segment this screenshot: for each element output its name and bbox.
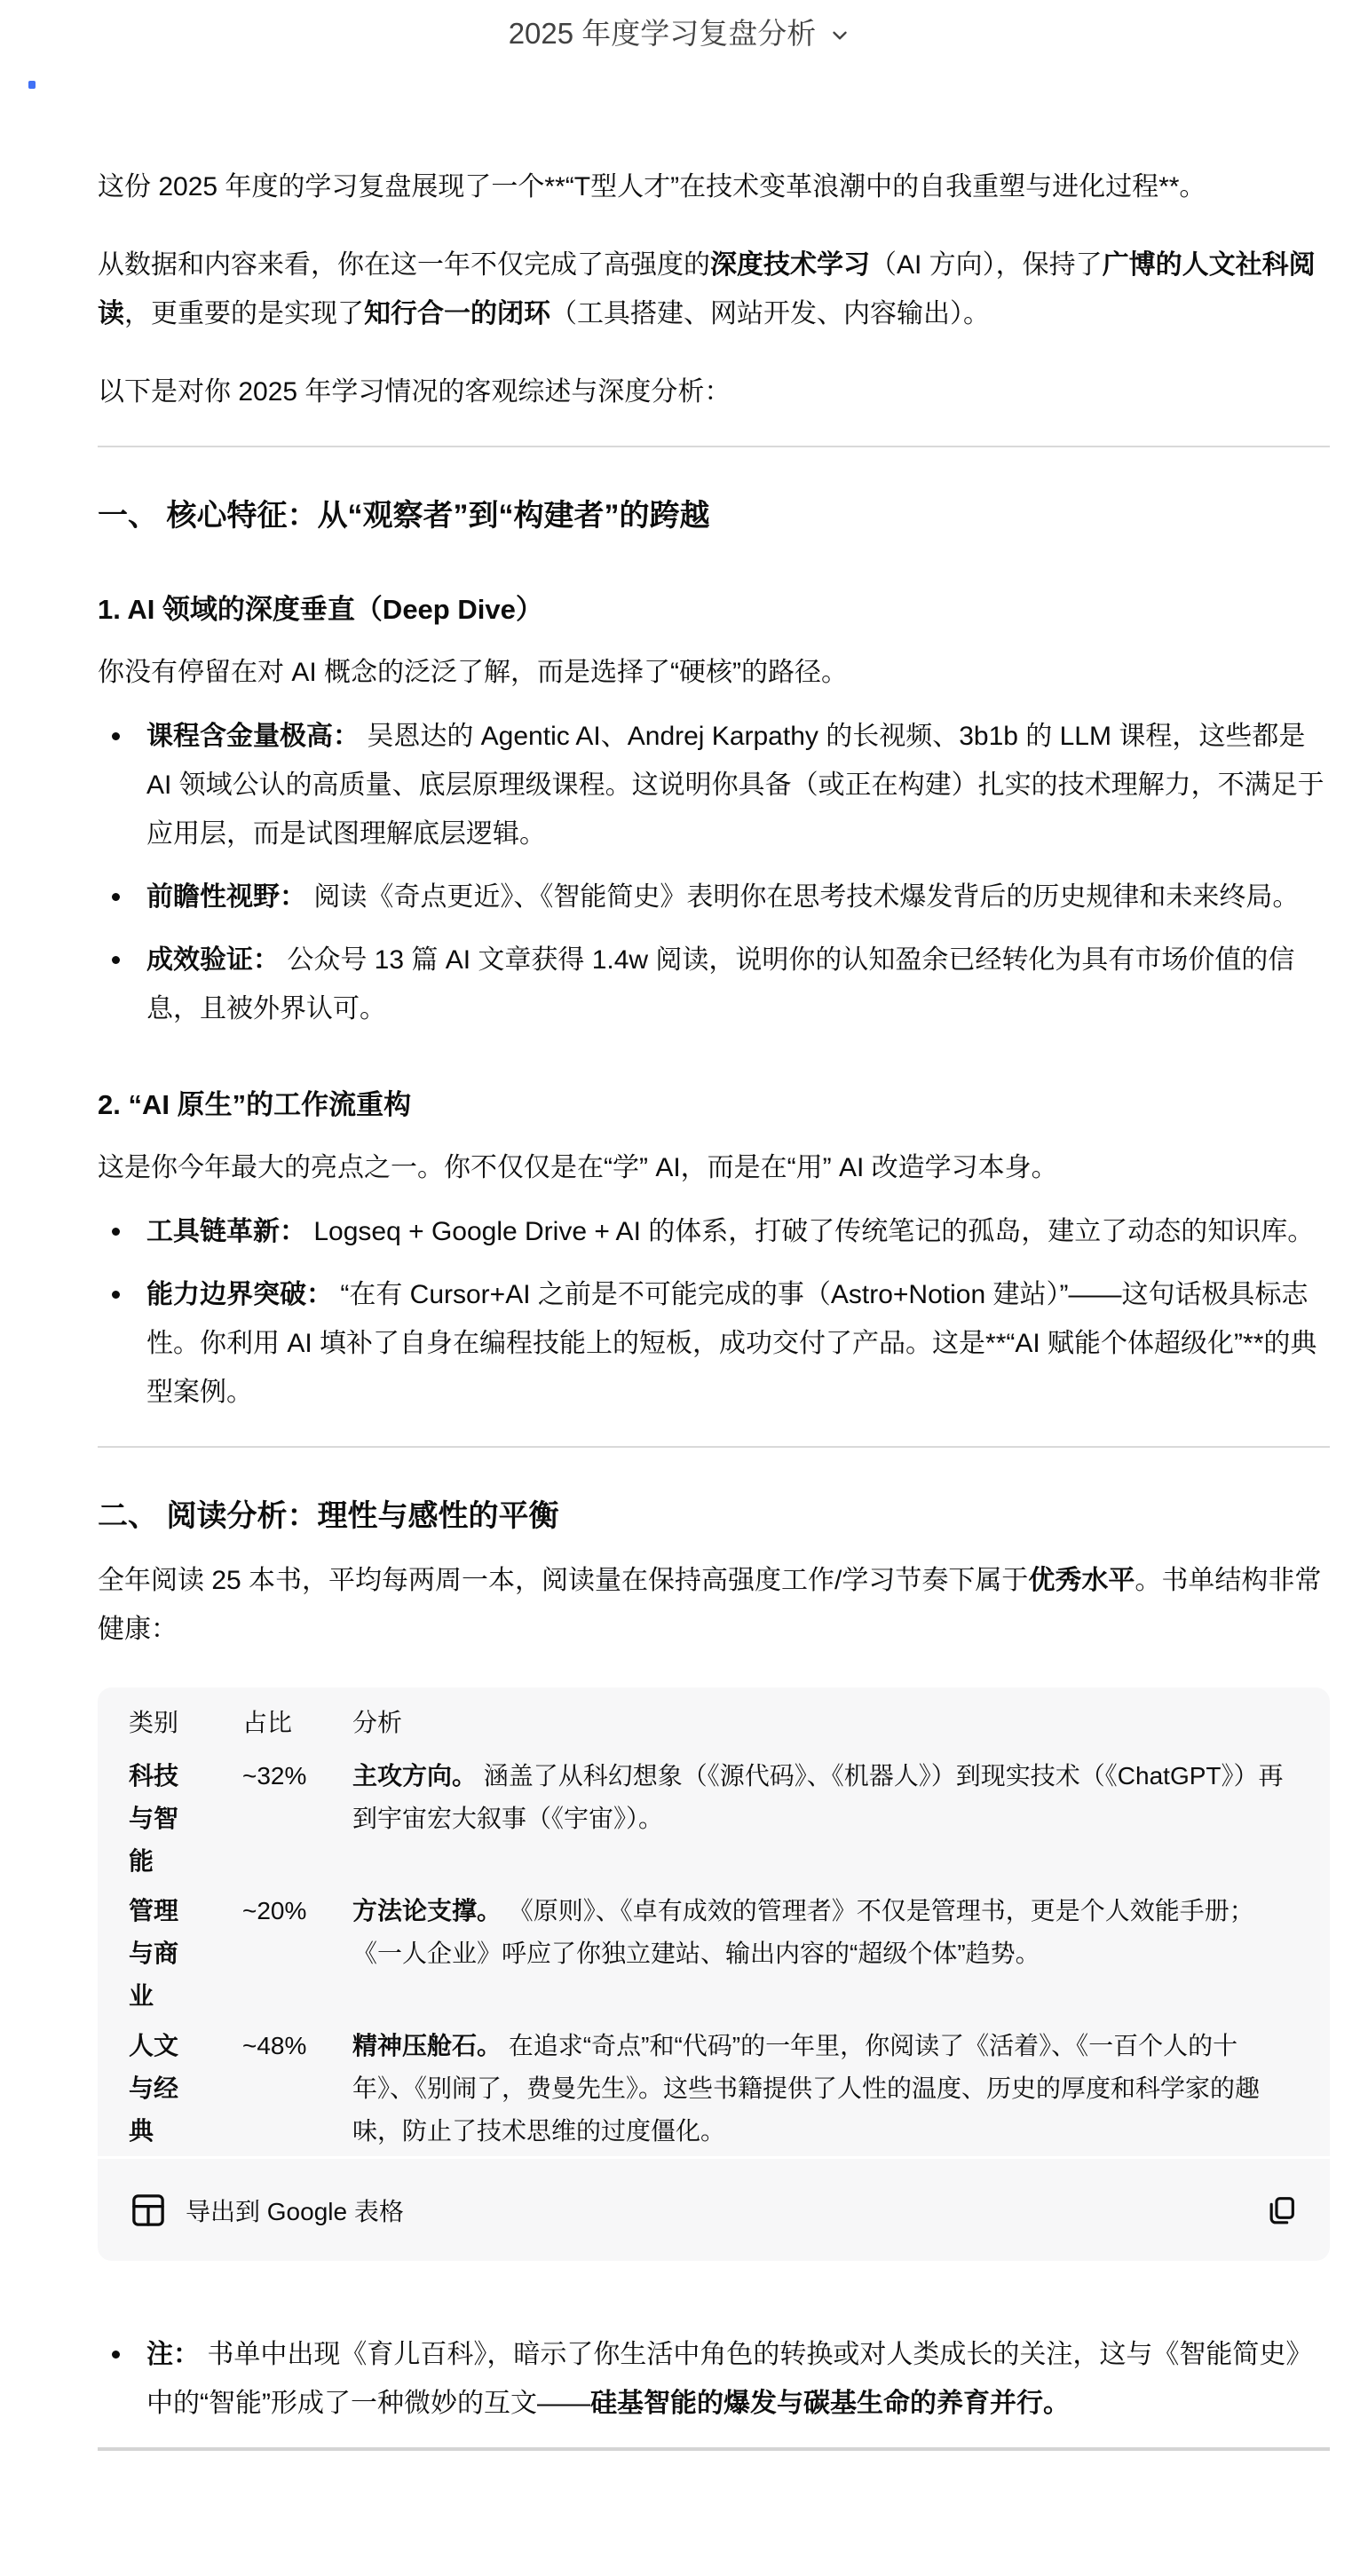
section-1-sub-1-list: 课程含金量极高： 吴恩达的 Agentic AI、Andrej Karpathy… [98,712,1330,1033]
note-list: 注： 书单中出现《育儿百科》，暗示了你生活中角色的转换或对人类成长的关注，这与《… [98,2330,1330,2428]
cell-analysis: 主攻方向。 涵盖了从科幻想象（《源代码》、《机器人》）到现实技术（《ChatGP… [352,1751,1330,1886]
chevron-down-icon [828,24,851,47]
assistant-message: 这份 2025 年度的学习复盘展现了一个**“T型人才”在技术变革浪潮中的自我重… [98,162,1330,2451]
note-text: 注： 书单中出现《育儿百科》，暗示了你生活中角色的转换或对人类成长的关注，这与《… [146,2340,1312,2418]
cell-category: 科技与智能 [98,1751,242,1886]
note-item: 注： 书单中出现《育儿百科》，暗示了你生活中角色的转换或对人类成长的关注，这与《… [98,2330,1330,2428]
cell-share: ~32% [242,1751,352,1886]
table-row: 管理与商业 ~20% 方法论支撑。 《原则》、《卓有成效的管理者》不仅是管理书，… [98,1886,1330,2021]
copy-icon [1263,2193,1299,2228]
bottom-divider [98,2447,1330,2451]
section-1-sub-2-list: 工具链革新： Logseq + Google Drive + AI 的体系，打破… [98,1207,1330,1417]
cell-share: ~20% [242,1886,352,2021]
section-1-heading: 一、 核心特征：从“观察者”到“构建者”的跨越 [98,494,1330,538]
intro-paragraph-2: 从数据和内容来看，你在这一年不仅完成了高强度的深度技术学习（AI 方向），保持了… [98,241,1330,338]
cell-analysis: 方法论支撑。 《原则》、《卓有成效的管理者》不仅是管理书，更是个人效能手册；《一… [352,1886,1330,2021]
list-item-text: 前瞻性视野： 阅读《奇点更近》、《智能简史》表明你在思考技术爆发背后的历史规律和… [146,882,1299,912]
column-header-category: 类别 [98,1687,242,1751]
section-1-sub-2-heading: 2. “AI 原生”的工作流重构 [98,1085,1330,1126]
cell-analysis: 精神压舱石。 在追求“奇点”和“代码”的一年里，你阅读了《活着》、《一百个人的十… [352,2021,1330,2156]
table-row: 人文与经典 ~48% 精神压舱石。 在追求“奇点”和“代码”的一年里，你阅读了《… [98,2021,1330,2156]
cell-category: 人文与经典 [98,2021,242,2156]
page-title[interactable]: 2025 年度学习复盘分析 [509,17,817,50]
reading-table: 类别 占比 分析 科技与智能 ~32% 主攻方向。 涵盖了从科幻想象（《源代码》… [98,1687,1330,2156]
section-2-lead: 全年阅读 25 本书，平均每两周一本，阅读量在保持高强度工作/学习节奏下属于优秀… [98,1556,1330,1654]
column-header-analysis: 分析 [352,1687,1330,1751]
cell-category: 管理与商业 [98,1886,242,2021]
list-item: 能力边界突破： “在有 Cursor+AI 之前是不可能完成的事（Astro+N… [98,1270,1330,1417]
list-item-text: 能力边界突破： “在有 Cursor+AI 之前是不可能完成的事（Astro+N… [146,1280,1317,1407]
column-header-share: 占比 [242,1687,352,1751]
table-row: 科技与智能 ~32% 主攻方向。 涵盖了从科幻想象（《源代码》、《机器人》）到现… [98,1751,1330,1886]
list-item-text: 成效验证： 公众号 13 篇 AI 文章获得 1.4w 阅读，说明你的认知盈余已… [146,945,1294,1023]
export-button-label: 导出到 Google 表格 [186,2193,404,2228]
list-item: 成效验证： 公众号 13 篇 AI 文章获得 1.4w 阅读，说明你的认知盈余已… [98,936,1330,1033]
intro-paragraph-1: 这份 2025 年度的学习复盘展现了一个**“T型人才”在技术变革浪潮中的自我重… [98,162,1330,211]
conversation-title-bar[interactable]: 2025 年度学习复盘分析 [0,14,1360,53]
section-divider [98,1446,1330,1448]
list-item: 课程含金量极高： 吴恩达的 Agentic AI、Andrej Karpathy… [98,712,1330,858]
cursor-artifact-dot [28,81,36,89]
section-2-heading: 二、 阅读分析：理性与感性的平衡 [98,1494,1330,1538]
list-item: 前瞻性视野： 阅读《奇点更近》、《智能简史》表明你在思考技术爆发背后的历史规律和… [98,873,1330,921]
table-grid-icon [129,2191,168,2230]
section-1-sub-1-lead: 你没有停留在对 AI 概念的泛泛了解，而是选择了“硬核”的路径。 [98,648,1330,697]
list-item: 工具链革新： Logseq + Google Drive + AI 的体系，打破… [98,1207,1330,1256]
export-to-google-sheets-button[interactable]: 导出到 Google 表格 [129,2191,404,2230]
section-divider [98,446,1330,447]
section-1-sub-2-lead: 这是你今年最大的亮点之一。你不仅仅是在“学” AI，而是在“用” AI 改造学习… [98,1143,1330,1192]
list-item-text: 课程含金量极高： 吴恩达的 Agentic AI、Andrej Karpathy… [146,722,1324,849]
reading-table-card: 类别 占比 分析 科技与智能 ~32% 主攻方向。 涵盖了从科幻想象（《源代码》… [98,1687,1330,2261]
intro-paragraph-3: 以下是对你 2025 年学习情况的客观综述与深度分析： [98,367,1330,416]
copy-table-button[interactable] [1263,2193,1299,2228]
table-header-row: 类别 占比 分析 [98,1687,1330,1751]
cell-share: ~48% [242,2021,352,2156]
list-item-text: 工具链革新： Logseq + Google Drive + AI 的体系，打破… [146,1217,1314,1246]
table-footer-bar: 导出到 Google 表格 [98,2156,1330,2261]
section-1-sub-1-heading: 1. AI 领域的深度垂直（Deep Dive） [98,589,1330,630]
